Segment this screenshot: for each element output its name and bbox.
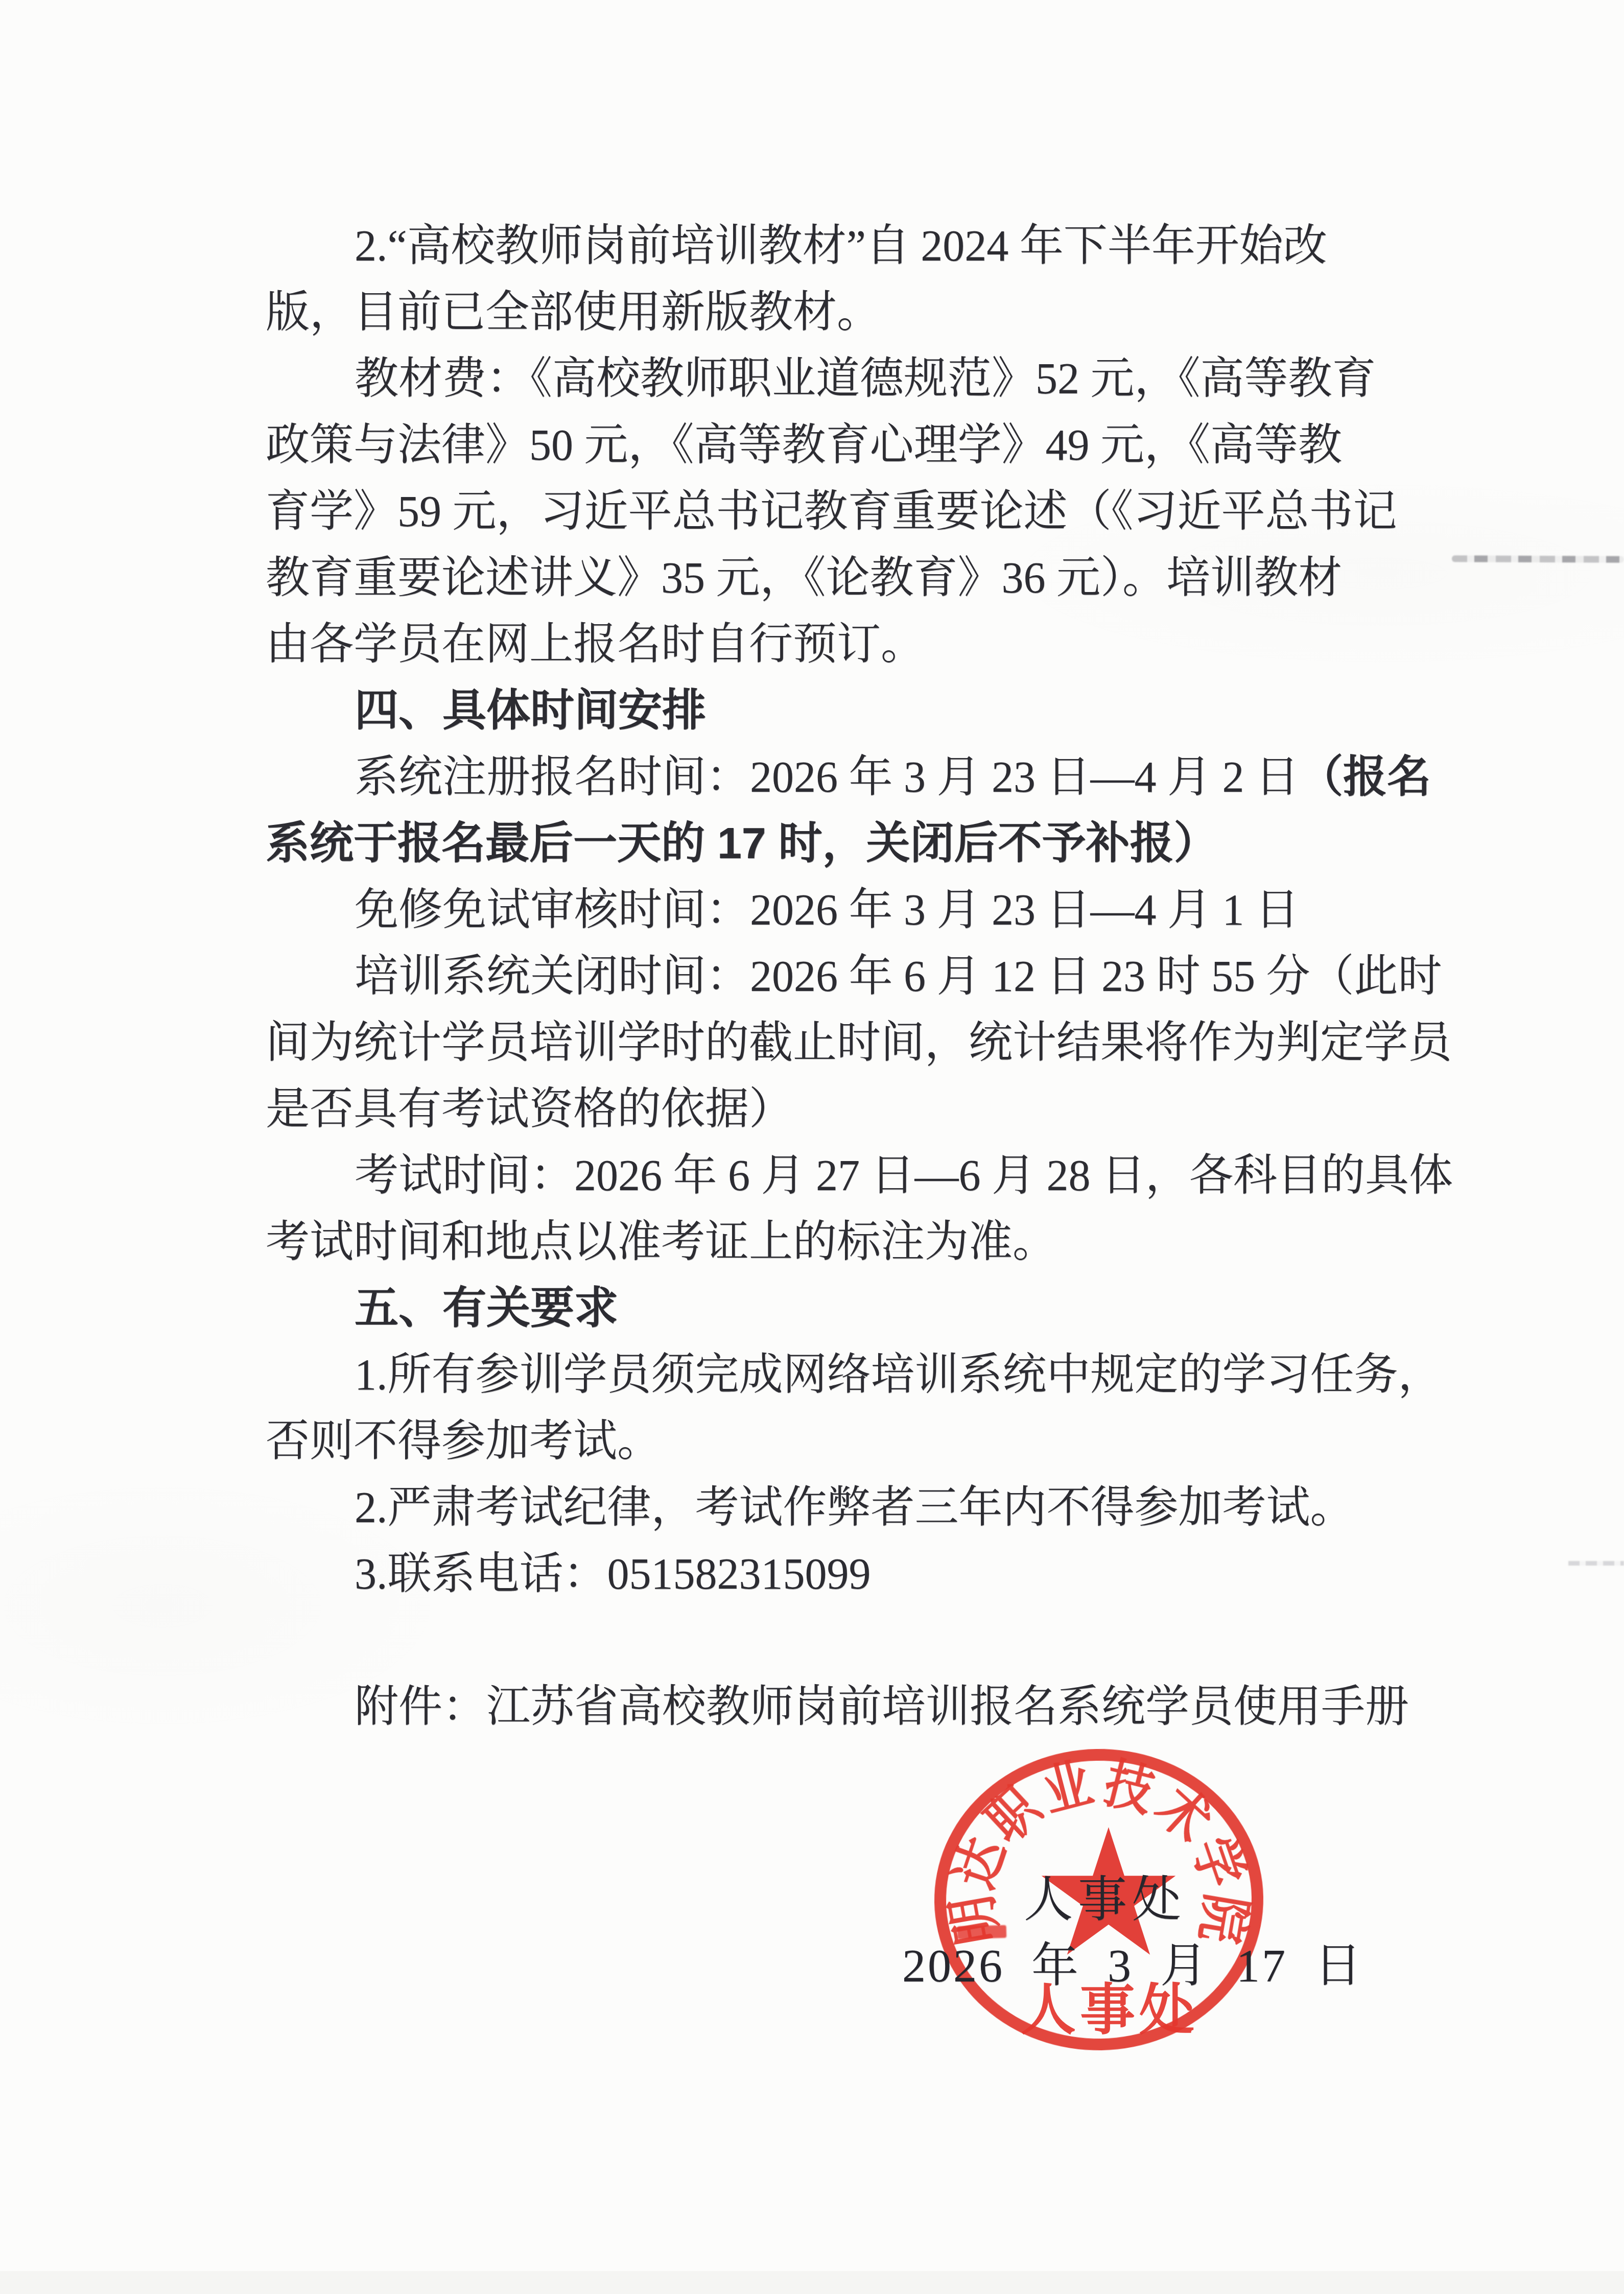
document-text: 育学》59 元，习近平总书记教育重要论述（《习近平总书记	[266, 487, 1397, 536]
document-line: 版，目前已全部使用新版教材。	[266, 285, 881, 340]
scan-artifact	[1452, 555, 1624, 562]
document-text: 教育重要论述讲义》35 元，《论教育》36 元）。培训教材	[266, 553, 1342, 602]
document-line: 教材费：《高校教师职业道德规范》52 元，《高等教育	[355, 351, 1376, 407]
document-text: 间为统计学员培训学时的截止时间，统计结果将作为判定学员	[266, 1018, 1452, 1067]
document-text: 系统注册报名时间：2026 年 3 月 23 日—4 月 2 日	[355, 752, 1299, 801]
document-text: 版，目前已全部使用新版教材。	[266, 288, 881, 337]
document-text-bold: 四、具体时间安排	[355, 686, 706, 735]
document-line: 间为统计学员培训学时的截止时间，统计结果将作为判定学员	[266, 1015, 1452, 1071]
document-line: 系统于报名最后一天的 17 时，关闭后不予补报）	[266, 816, 1217, 871]
document-text: 考试时间和地点以准考证上的标注为准。	[266, 1217, 1056, 1266]
document-line: 培训系统关闭时间：2026 年 6 月 12 日 23 时 55 分（此时	[355, 949, 1442, 1004]
document-text: 3.联系电话：051582315099	[355, 1549, 871, 1598]
document-line: 2.严肃考试纪律，考试作弊者三年内不得参加考试。	[355, 1480, 1354, 1535]
document-text: 附件：江苏省高校教师岗前培训报名系统学员使用手册	[355, 1682, 1409, 1731]
document-line: 四、具体时间安排	[355, 683, 706, 739]
signature-date: 2026 年 3 月 17 日	[902, 1928, 1363, 1995]
document-text: 免修免试审核时间：2026 年 3 月 23 日—4 月 1 日	[355, 885, 1299, 934]
scan-edge-band	[0, 2271, 1624, 2294]
scanned-document-page: 2.“高校教师岗前培训教材”自 2024 年下半年开始改版，目前已全部使用新版教…	[0, 0, 1624, 2294]
document-line: 3.联系电话：051582315099	[355, 1547, 871, 1602]
document-line: 考试时间和地点以准考证上的标注为准。	[266, 1215, 1056, 1270]
document-text: 政策与法律》50 元，《高等教育心理学》49 元，《高等教	[266, 420, 1342, 469]
document-text-bold: 五、有关要求	[355, 1284, 618, 1333]
document-text: 是否具有考试资格的依据）	[266, 1084, 793, 1133]
document-line: 教育重要论述讲义》35 元，《论教育》36 元）。培训教材	[266, 551, 1342, 606]
document-text: 否则不得参加考试。	[266, 1416, 661, 1465]
document-text: 2.严肃考试纪律，考试作弊者三年内不得参加考试。	[355, 1483, 1354, 1532]
document-line: 否则不得参加考试。	[266, 1414, 661, 1469]
document-text: 由各学员在网上报名时自行预订。	[266, 620, 925, 669]
document-line: 附件：江苏省高校教师岗前培训报名系统学员使用手册	[355, 1680, 1409, 1735]
document-text: 培训系统关闭时间：2026 年 6 月 12 日 23 时 55 分（此时	[355, 952, 1442, 1001]
document-text: 1.所有参训学员须完成网络培训系统中规定的学习任务，	[355, 1350, 1442, 1399]
document-line: 1.所有参训学员须完成网络培训系统中规定的学习任务，	[355, 1347, 1442, 1403]
document-line: 由各学员在网上报名时自行预订。	[266, 617, 925, 672]
document-text: 2.“高校教师岗前培训教材”自 2024 年下半年开始改	[355, 221, 1327, 270]
scan-artifact	[1568, 1561, 1624, 1566]
document-line: 考试时间：2026 年 6 月 27 日—6 月 28 日，各科目的具体	[355, 1148, 1453, 1203]
document-text: 教材费：《高校教师职业道德规范》52 元，《高等教育	[355, 354, 1376, 403]
document-line: 2.“高校教师岗前培训教材”自 2024 年下半年开始改	[355, 219, 1327, 274]
document-text-bold: （报名	[1299, 752, 1431, 801]
document-line: 政策与法律》50 元，《高等教育心理学》49 元，《高等教	[266, 418, 1342, 473]
signature-department: 人事处	[1024, 1860, 1186, 1930]
document-line: 免修免试审核时间：2026 年 3 月 23 日—4 月 1 日	[355, 883, 1299, 938]
document-line: 育学》59 元，习近平总书记教育重要论述（《习近平总书记	[266, 484, 1397, 539]
document-text: 考试时间：2026 年 6 月 27 日—6 月 28 日，各科目的具体	[355, 1151, 1453, 1200]
document-line: 是否具有考试资格的依据）	[266, 1082, 793, 1137]
document-text-bold: 系统于报名最后一天的 17 时，关闭后不予补报）	[266, 819, 1217, 868]
document-line: 系统注册报名时间：2026 年 3 月 23 日—4 月 2 日（报名	[355, 750, 1431, 805]
document-line: 五、有关要求	[355, 1281, 618, 1336]
